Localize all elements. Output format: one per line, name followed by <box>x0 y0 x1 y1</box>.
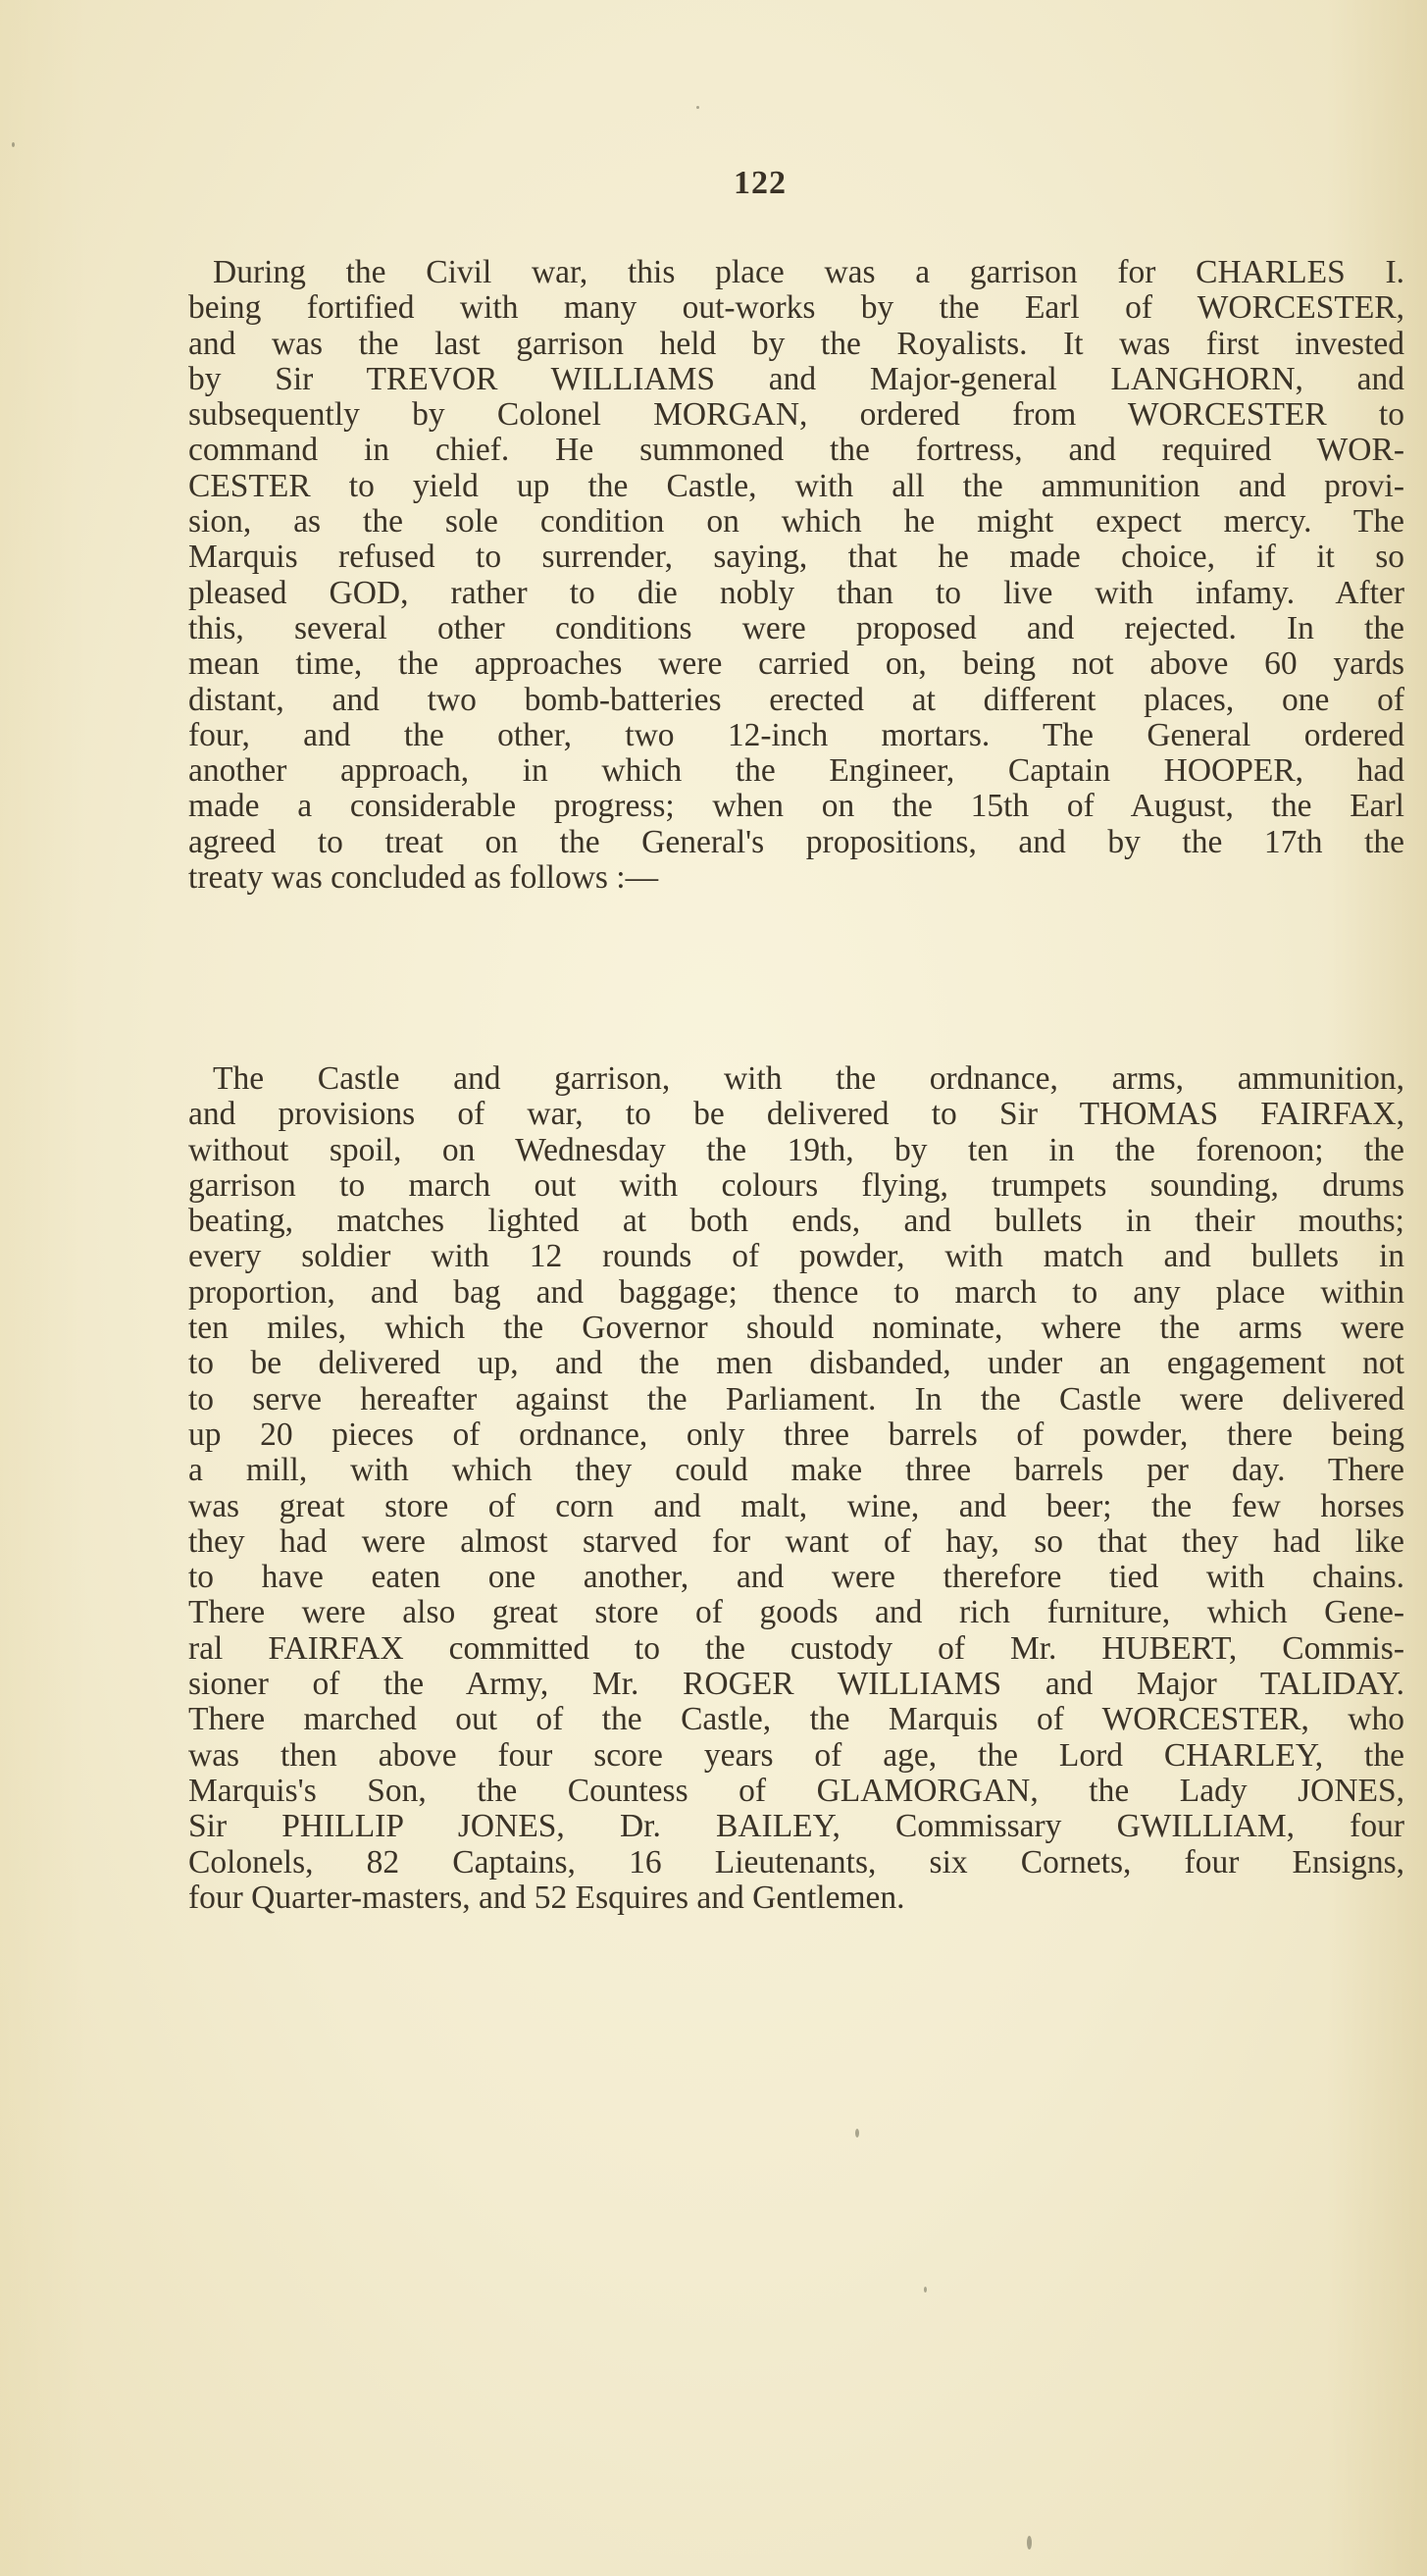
paper-speck <box>696 106 699 109</box>
text-line: There marched out of the Castle, the Mar… <box>188 1702 1404 1737</box>
text-line: treaty was concluded as follows :— <box>188 860 1404 896</box>
paper-speck <box>1027 2536 1032 2550</box>
text-line: being fortified with many out-works by t… <box>188 290 1404 326</box>
text-line: garrison to march out with colours flyin… <box>188 1168 1404 1204</box>
paragraph-1: During the Civil war, this place was a g… <box>188 255 1404 896</box>
text-line: without spoil, on Wednesday the 19th, by… <box>188 1133 1404 1168</box>
text-line: Marquis's Son, the Countess of GLAMORGAN… <box>188 1774 1404 1809</box>
text-line: During the Civil war, this place was a g… <box>188 255 1404 290</box>
text-line: and provisions of war, to be delivered t… <box>188 1097 1404 1132</box>
text-line: beating, matches lighted at both ends, a… <box>188 1204 1404 1239</box>
text-line: Marquis refused to surrender, saying, th… <box>188 540 1404 575</box>
text-line: pleased GOD, rather to die nobly than to… <box>188 576 1404 611</box>
text-line: to have eaten one another, and were ther… <box>188 1560 1404 1595</box>
text-line: by Sir TREVOR WILLIAMS and Major-general… <box>188 362 1404 397</box>
text-line: and was the last garrison held by the Ro… <box>188 327 1404 362</box>
text-line: was great store of corn and malt, wine, … <box>188 1489 1404 1524</box>
text-line: they had were almost starved for want of… <box>188 1524 1404 1560</box>
text-line: agreed to treat on the General's proposi… <box>188 825 1404 860</box>
text-line: The Castle and garrison, with the ordnan… <box>188 1061 1404 1097</box>
text-line: up 20 pieces of ordnance, only three bar… <box>188 1417 1404 1453</box>
page-number: 122 <box>734 165 787 202</box>
text-line: distant, and two bomb-batteries erected … <box>188 683 1404 718</box>
text-line: to be delivered up, and the men disbande… <box>188 1346 1404 1381</box>
text-line: every soldier with 12 rounds of powder, … <box>188 1239 1404 1274</box>
text-line: to serve hereafter against the Parliamen… <box>188 1382 1404 1417</box>
text-line: proportion, and bag and baggage; thence … <box>188 1275 1404 1311</box>
text-line: was then above four score years of age, … <box>188 1738 1404 1774</box>
paper-speck <box>924 2287 927 2293</box>
text-line: a mill, with which they could make three… <box>188 1453 1404 1488</box>
text-line: four Quarter-masters, and 52 Esquires an… <box>188 1880 1404 1916</box>
text-line: Colonels, 82 Captains, 16 Lieutenants, s… <box>188 1845 1404 1880</box>
text-line: mean time, the approaches were carried o… <box>188 646 1404 682</box>
text-line: CESTER to yield up the Castle, with all … <box>188 469 1404 504</box>
text-line: ten miles, which the Governor should nom… <box>188 1311 1404 1346</box>
paragraph-2: The Castle and garrison, with the ordnan… <box>188 1061 1404 1916</box>
paper-speck <box>855 2129 859 2138</box>
text-line: four, and the other, two 12-inch mortars… <box>188 718 1404 753</box>
paper-speck <box>12 142 15 147</box>
text-line: another approach, in which the Engineer,… <box>188 753 1404 789</box>
text-line: There were also great store of goods and… <box>188 1595 1404 1630</box>
text-line: sion, as the sole condition on which he … <box>188 504 1404 540</box>
text-line: Sir PHILLIP JONES, Dr. BAILEY, Commissar… <box>188 1809 1404 1844</box>
text-line: made a considerable progress; when on th… <box>188 789 1404 824</box>
text-line: command in chief. He summoned the fortre… <box>188 433 1404 468</box>
text-line: this, several other conditions were prop… <box>188 611 1404 646</box>
text-line: subsequently by Colonel MORGAN, ordered … <box>188 397 1404 433</box>
text-line: ral FAIRFAX committed to the custody of … <box>188 1631 1404 1667</box>
text-line: sioner of the Army, Mr. ROGER WILLIAMS a… <box>188 1667 1404 1702</box>
